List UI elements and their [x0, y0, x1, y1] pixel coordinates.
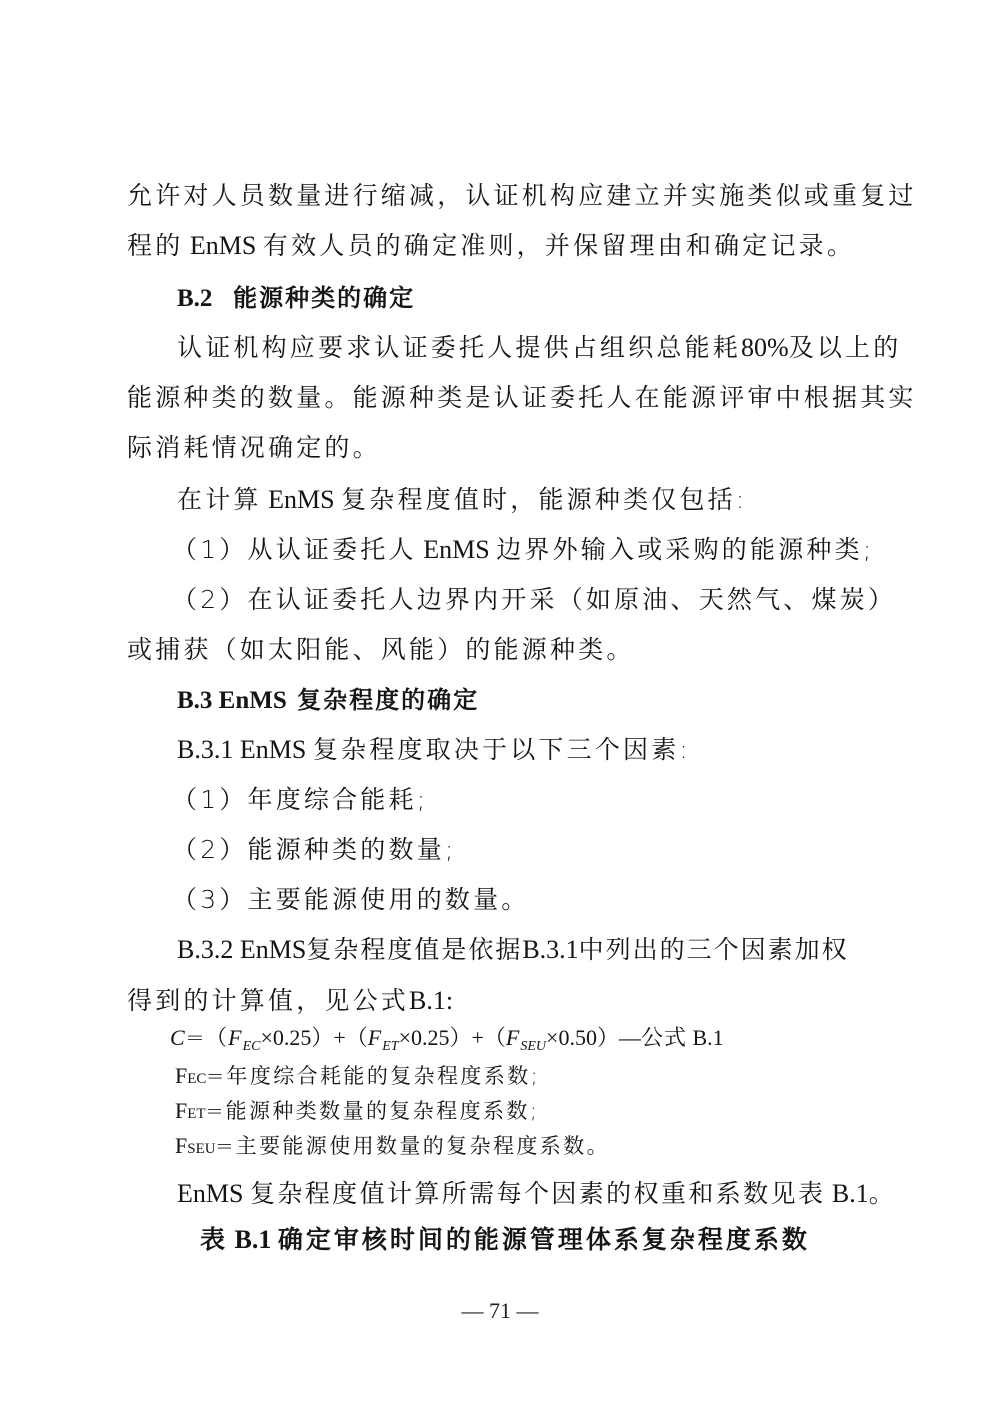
text: 认证机构应要求认证委托人提供占组织总能耗: [177, 333, 741, 362]
text: =主要能源使用数量的复杂程度系数。: [216, 1134, 610, 1158]
symbol: F: [175, 1133, 187, 1158]
paragraph-line: 认证机构应要求认证委托人提供占组织总能耗80%及以上的: [177, 332, 902, 364]
text: 复杂程度值计算所需每个因素的权重和系数见表: [250, 1179, 825, 1208]
paragraph-line: 允许对人员数量进行缩减，认证机构应建立并实施类似或重复过: [127, 180, 917, 212]
clause-number: B.3.2 EnMS: [177, 935, 306, 964]
text: ×0.25）+（: [260, 1025, 367, 1050]
paragraph-line: 得到的计算值，见公式B.1:: [127, 985, 453, 1017]
paragraph-line: EnMS 复杂程度值计算所需每个因素的权重和系数见表 B.1。: [177, 1178, 896, 1210]
symbol: F: [175, 1063, 187, 1088]
text: 确定审核时间的能源管理体系复杂程度系数: [278, 1225, 810, 1254]
text: （1）从认证委托人: [172, 535, 417, 564]
text: 复杂程度取决于以下三个因素:: [313, 735, 691, 764]
table-number: B.1: [228, 1225, 278, 1254]
text: 中列出的三个因素加权: [579, 935, 849, 964]
text: =（: [186, 1026, 228, 1051]
text: 复杂程度值时，能源种类仅包括:: [341, 485, 747, 514]
text: B.1:: [409, 986, 453, 1015]
text: EnMS: [417, 535, 496, 564]
formula-symbol: C: [170, 1025, 186, 1050]
section-heading-b3: B.3 EnMS 复杂程度的确定: [177, 684, 479, 717]
text: 得到的计算值，见公式: [127, 986, 409, 1015]
subscript: ET: [382, 1039, 398, 1054]
definition-line: FSEU=主要能源使用数量的复杂程度系数。: [175, 1132, 610, 1163]
clause-number: B.3.1 EnMS: [177, 735, 313, 764]
symbol-subscript: EC: [187, 1071, 206, 1087]
text: （3）主要能源使用的数量。: [172, 885, 530, 914]
section-number: B.2: [177, 285, 212, 312]
formula-symbol: F: [368, 1025, 382, 1050]
symbol-subscript: SEU: [187, 1141, 215, 1157]
list-item: （1）从认证委托人 EnMS 边界外输入或采购的能源种类;: [172, 534, 874, 566]
formula-number: B.1: [687, 1025, 724, 1050]
page-number: — 71 —: [0, 1298, 1000, 1324]
text: 际消耗情况确定的。: [127, 433, 381, 462]
text: 在计算: [177, 485, 262, 514]
list-item: （2）在认证委托人边界内开采（如原油、天然气、煤炭）: [172, 584, 896, 616]
text: EnMS: [262, 485, 341, 514]
text: ×0.25）+（: [399, 1025, 506, 1050]
paragraph-line: 程的 EnMS 有效人员的确定准则，并保留理由和确定记录。: [127, 230, 855, 262]
symbol-subscript: ET: [187, 1106, 205, 1122]
subscript: SEU: [520, 1039, 546, 1054]
text: ×0.50）—: [546, 1025, 641, 1050]
text: 程的: [127, 231, 183, 260]
text: 复杂程度值是依据: [306, 935, 522, 964]
text: 有效人员的确定准则，并保留理由和确定记录。: [263, 231, 855, 260]
formula-b1: C=（FEC×0.25）+（FET×0.25）+（FSEU×0.50）—公式 B…: [170, 1024, 724, 1061]
text: （2）在认证委托人边界内开采（如原油、天然气、煤炭）: [172, 585, 896, 614]
formula-symbol: F: [228, 1025, 242, 1050]
text: 80%: [741, 333, 789, 362]
text: EnMS: [177, 1179, 250, 1208]
subscript: EC: [243, 1039, 261, 1054]
text: 。: [869, 1179, 896, 1208]
text: 允许对人员数量进行缩减，认证机构应建立并实施类似或重复过: [127, 181, 917, 210]
list-item-continuation: 或捕获（如太阳能、风能）的能源种类。: [127, 634, 635, 666]
section-title: 复杂程度的确定: [297, 686, 479, 714]
text: 边界外输入或采购的能源种类;: [496, 535, 874, 564]
text: （1）年度综合能耗;: [172, 785, 428, 814]
section-title: 能源种类的确定: [233, 284, 415, 312]
formula-label: 公式: [641, 1026, 687, 1051]
symbol: F: [175, 1098, 187, 1123]
paragraph-line: B.3.2 EnMS复杂程度值是依据B.3.1中列出的三个因素加权: [177, 934, 849, 966]
paragraph-line: 际消耗情况确定的。: [127, 432, 381, 464]
text: EnMS: [183, 231, 262, 260]
text: （2）能源种类的数量;: [172, 835, 457, 864]
section-heading-b2: B.2 能源种类的确定: [177, 282, 415, 315]
table-reference: B.1: [825, 1179, 868, 1208]
list-item: （1）年度综合能耗;: [172, 784, 428, 816]
definition-line: FET=能源种类数量的复杂程度系数;: [175, 1097, 539, 1128]
text: =能源种类数量的复杂程度系数;: [206, 1099, 540, 1123]
table-title: 表 B.1 确定审核时间的能源管理体系复杂程度系数: [200, 1224, 810, 1256]
paragraph-line: 在计算 EnMS 复杂程度值时，能源种类仅包括:: [177, 484, 748, 516]
text: 及以上的: [789, 333, 902, 362]
paragraph-line: B.3.1 EnMS 复杂程度取决于以下三个因素:: [177, 734, 691, 766]
list-item: （2）能源种类的数量;: [172, 834, 457, 866]
section-number: B.3 EnMS: [177, 687, 287, 714]
text: 表: [200, 1225, 228, 1254]
text: 或捕获（如太阳能、风能）的能源种类。: [127, 635, 635, 664]
definition-line: FEC=年度综合耗能的复杂程度系数;: [175, 1062, 540, 1093]
text: B.3.1: [522, 935, 578, 964]
list-item: （3）主要能源使用的数量。: [172, 884, 530, 916]
paragraph-line: 能源种类的数量。能源种类是认证委托人在能源评审中根据其实: [127, 382, 917, 414]
text: 能源种类的数量。能源种类是认证委托人在能源评审中根据其实: [127, 383, 917, 412]
formula-symbol: F: [506, 1025, 520, 1050]
text: =年度综合耗能的复杂程度系数;: [206, 1064, 540, 1088]
document-page: 允许对人员数量进行缩减，认证机构应建立并实施类似或重复过 程的 EnMS 有效人…: [0, 0, 1000, 1414]
